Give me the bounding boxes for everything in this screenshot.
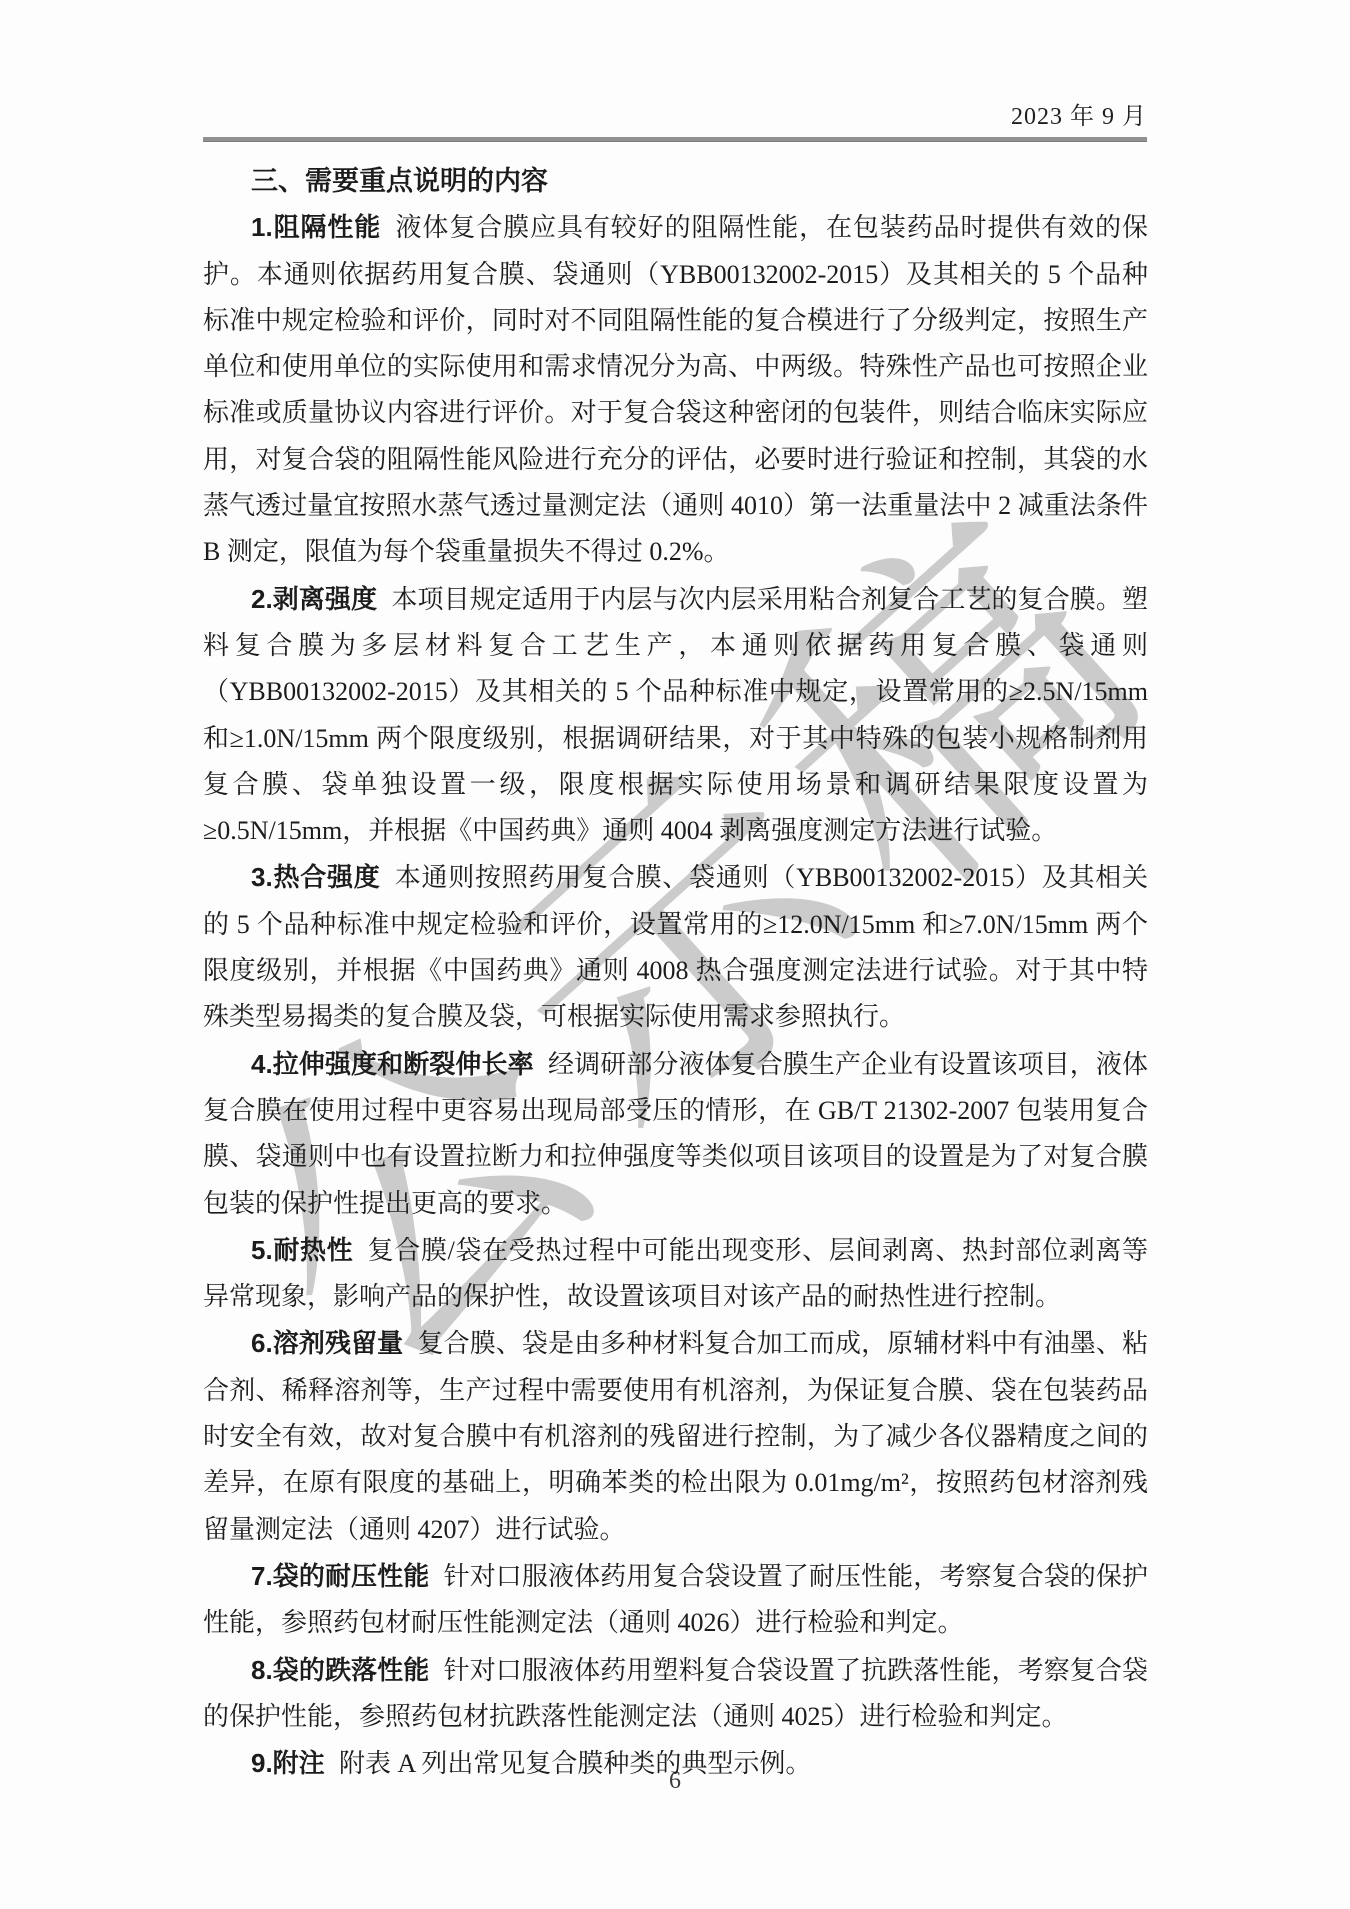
- header-divider-rule: [203, 137, 1147, 142]
- paragraph-tensile-strength: 4.拉伸强度和断裂伸长率经调研部分液体复合膜生产企业有设置该项目，液体复合膜在使…: [203, 1041, 1148, 1227]
- paragraph-label: 1.阻隔性能: [251, 212, 381, 242]
- paragraph-appendix-note: 9.附注附表 A 列出常见复合膜种类的典型示例。: [203, 1740, 1148, 1787]
- paragraph-label: 8.袋的跌落性能: [251, 1655, 429, 1685]
- paragraph-compression-resistance: 7.袋的耐压性能针对口服液体药用复合袋设置了耐压性能，考察复合袋的保护性能，参照…: [203, 1553, 1148, 1647]
- paragraph-label: 3.热合强度: [251, 862, 380, 892]
- paragraph-label: 7.袋的耐压性能: [251, 1561, 429, 1591]
- section-heading: 三、需要重点说明的内容: [203, 158, 1148, 204]
- paragraph-solvent-residue: 6.溶剂残留量复合膜、袋是由多种材料复合加工而成，原辅材料中有油墨、粘合剂、稀释…: [203, 1320, 1148, 1552]
- paragraph-label: 4.拉伸强度和断裂伸长率: [251, 1049, 534, 1079]
- header-date: 2023 年 9 月: [1011, 96, 1147, 131]
- paragraph-text: 附表 A 列出常见复合膜种类的典型示例。: [339, 1749, 811, 1778]
- paragraph-label: 2.剥离强度: [251, 584, 377, 614]
- paragraph-peel-strength: 2.剥离强度本项目规定适用于内层与次内层采用粘合剂复合工艺的复合膜。塑料复合膜为…: [203, 576, 1148, 855]
- document-page: 公示稿 2023 年 9 月 三、需要重点说明的内容 1.阻隔性能液体复合膜应具…: [0, 0, 1350, 1909]
- document-body: 三、需要重点说明的内容 1.阻隔性能液体复合膜应具有较好的阻隔性能，在包装药品时…: [203, 158, 1148, 1787]
- paragraph-drop-performance: 8.袋的跌落性能针对口服液体药用塑料复合袋设置了抗跌落性能，考察复合袋的保护性能…: [203, 1647, 1148, 1741]
- paragraph-text: 复合膜、袋是由多种材料复合加工而成，原辅材料中有油墨、粘合剂、稀释溶剂等，生产过…: [203, 1329, 1148, 1543]
- paragraph-barrier-performance: 1.阻隔性能液体复合膜应具有较好的阻隔性能，在包装药品时提供有效的保护。本通则依…: [203, 204, 1148, 575]
- paragraph-label: 9.附注: [251, 1748, 325, 1778]
- paragraph-heat-seal-strength: 3.热合强度本通则按照药用复合膜、袋通则（YBB00132002-2015）及其…: [203, 854, 1148, 1040]
- paragraph-label: 6.溶剂残留量: [251, 1328, 403, 1358]
- paragraph-heat-resistance: 5.耐热性复合膜/袋在受热过程中可能出现变形、层间剥离、热封部位剥离等异常现象，…: [203, 1227, 1148, 1321]
- paragraph-text: 液体复合膜应具有较好的阻隔性能，在包装药品时提供有效的保护。本通则依据药用复合膜…: [203, 213, 1148, 566]
- paragraph-label: 5.耐热性: [251, 1235, 353, 1265]
- paragraph-text: 本项目规定适用于内层与次内层采用粘合剂复合工艺的复合膜。塑料复合膜为多层材料复合…: [203, 585, 1148, 845]
